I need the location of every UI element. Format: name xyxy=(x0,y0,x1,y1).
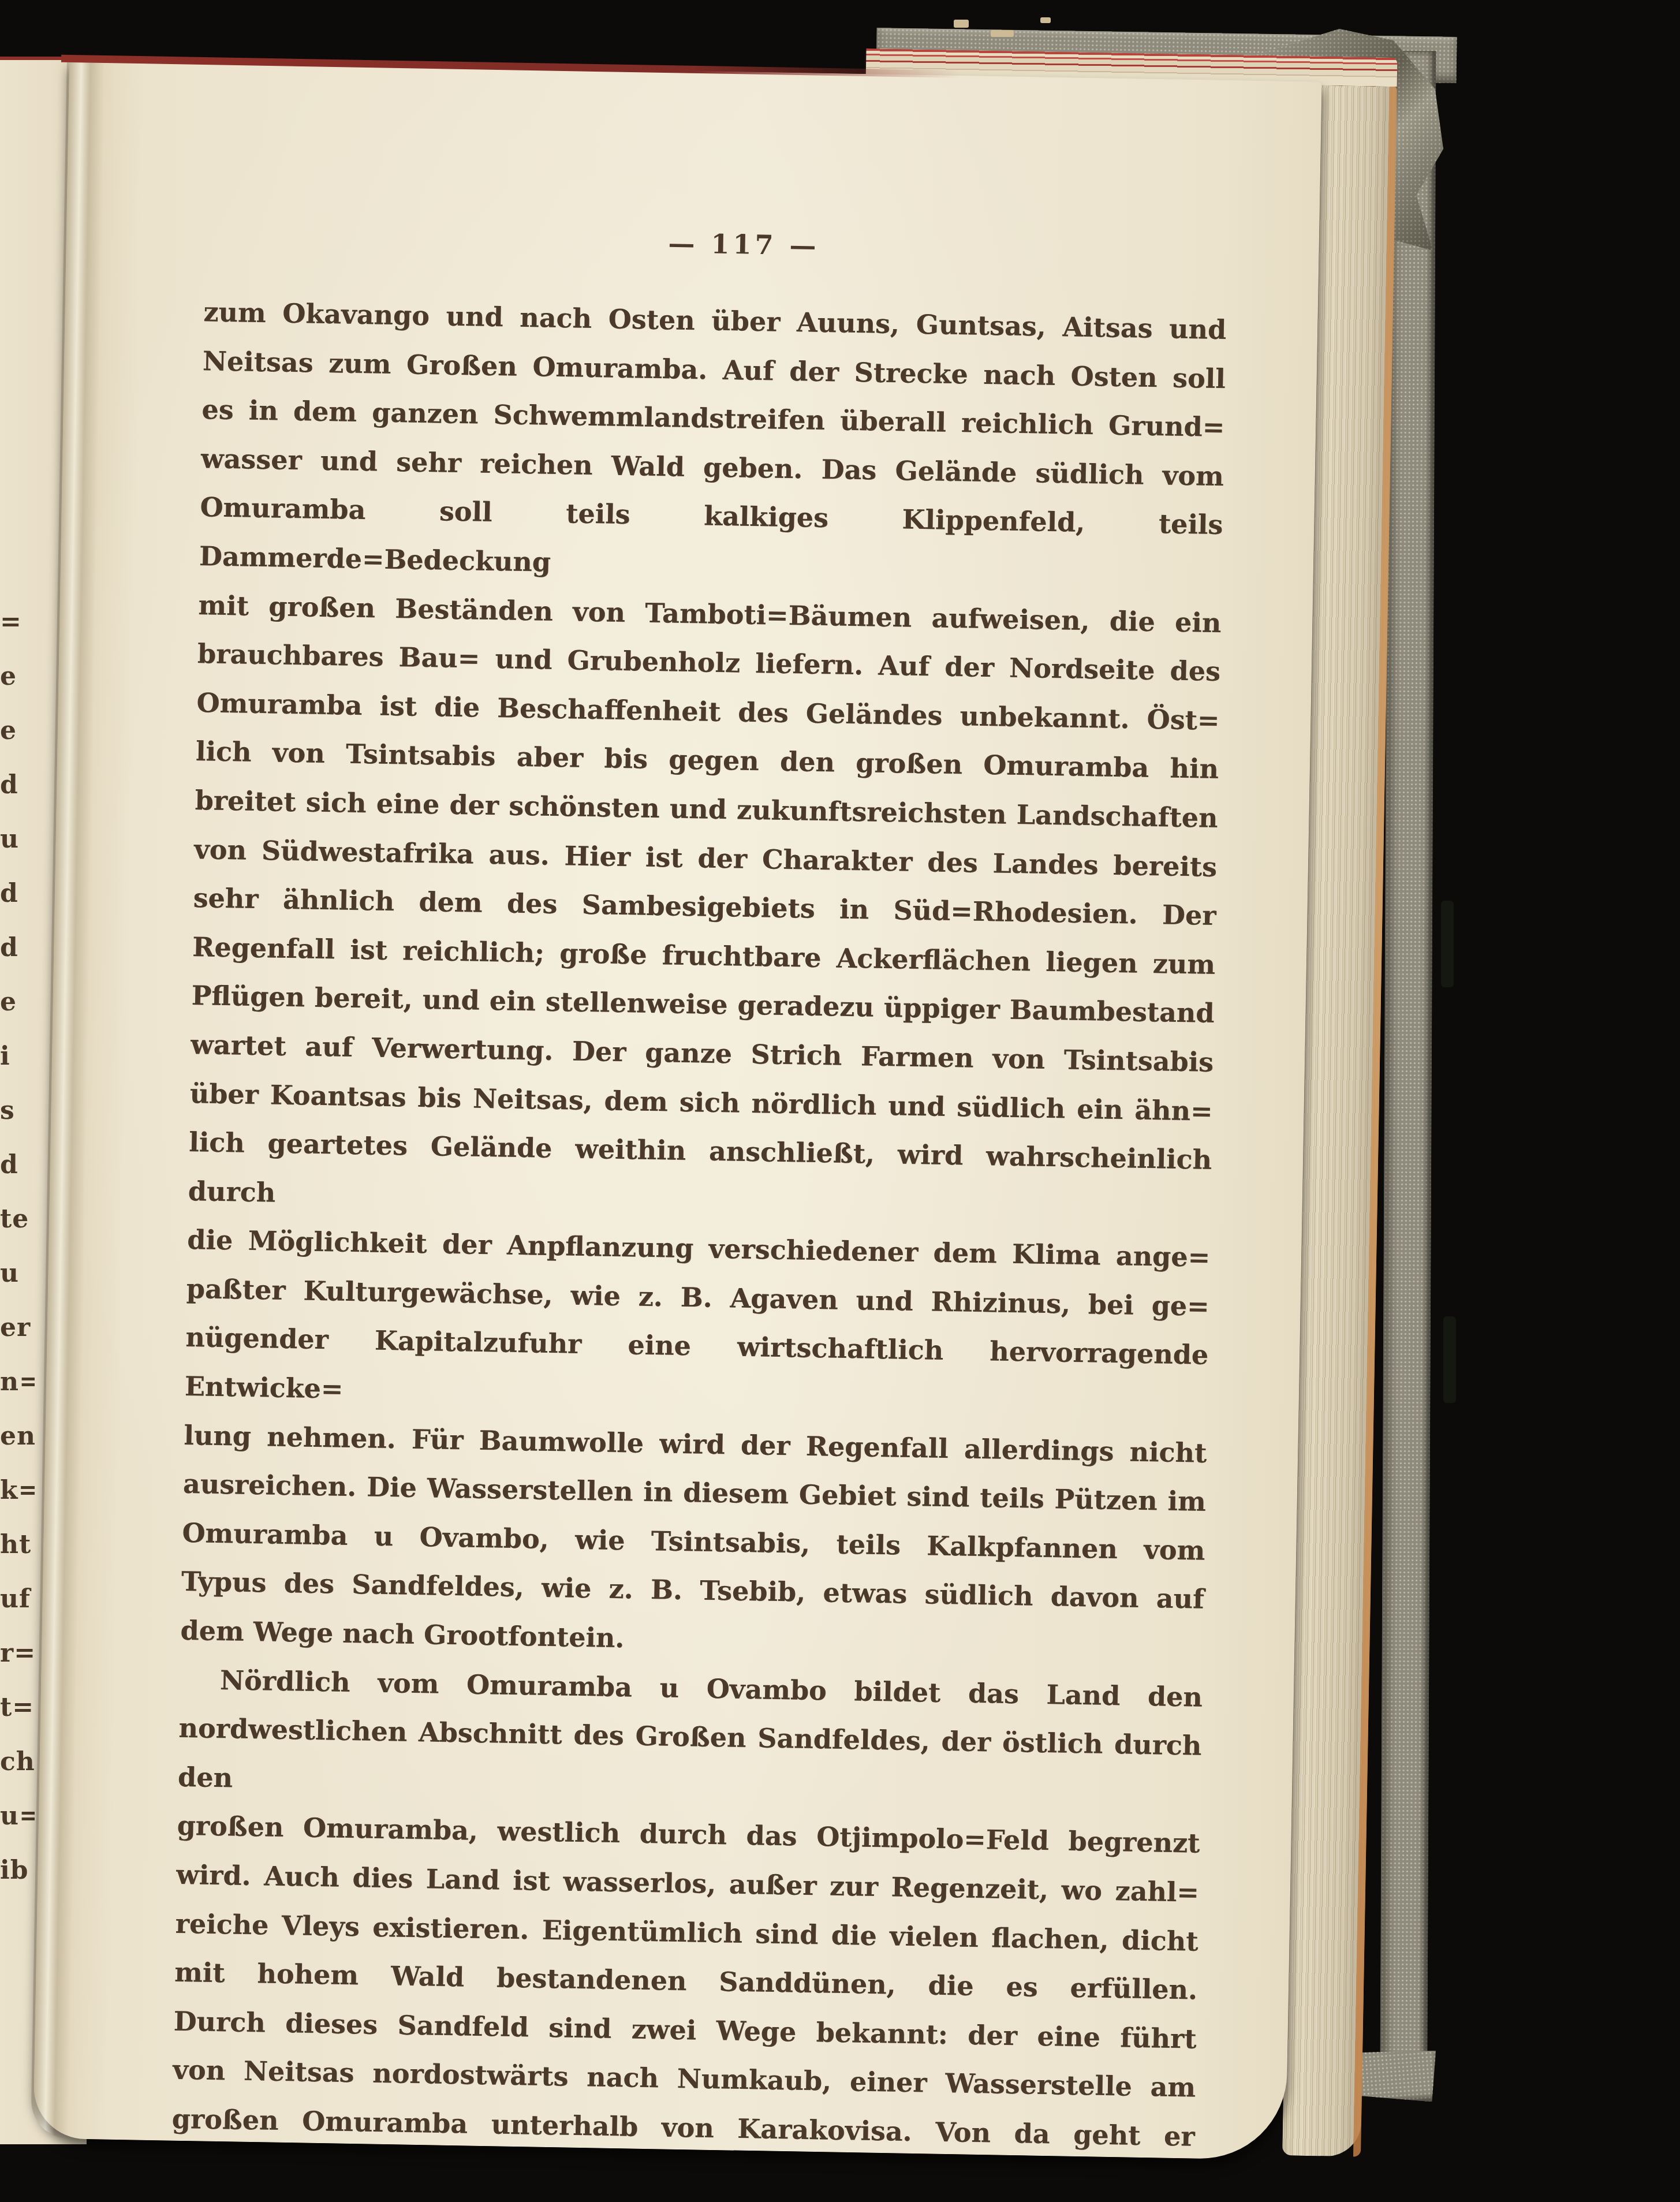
facing-page-line-fragment: d xyxy=(0,933,35,962)
page-text: zum Okavango und nach Osten über Auuns, … xyxy=(171,288,1227,2161)
facing-page-line-fragment: s xyxy=(0,1096,35,1125)
facing-page-line-fragment: r= xyxy=(0,1639,35,1668)
facing-page-line-fragment: er xyxy=(0,1313,35,1342)
facing-page-line-fragment: = xyxy=(0,607,35,637)
facing-page-line-fragment: k= xyxy=(0,1476,35,1505)
facing-page-line-fragment: u xyxy=(0,824,35,854)
facing-page-line-fragment: d xyxy=(0,770,35,800)
facing-page-line-fragment: u= xyxy=(0,1801,35,1831)
binding-stitch-mark xyxy=(1441,901,1454,987)
text-line: Omuramba soll teils kalkiges Klippenfeld… xyxy=(199,483,1223,598)
paper-crumb xyxy=(1040,17,1051,23)
facing-page-line-fragment: ht xyxy=(0,1530,35,1559)
paragraph-2: Nördlich vom Omuramba u Ovambo bildet da… xyxy=(171,1655,1203,2161)
facing-page-line-fragment: ib xyxy=(0,1856,35,1885)
facing-page-line-fragment: uf xyxy=(0,1584,35,1614)
facing-page-line-fragment: e xyxy=(0,987,35,1017)
text-line: lich geartetes Gelände weithin anschließ… xyxy=(188,1118,1212,1233)
facing-page-line-fragment: d xyxy=(0,879,35,908)
facing-page-line-fragment: t= xyxy=(0,1693,35,1722)
facing-page-line-fragment: e xyxy=(0,662,35,691)
facing-page-line-fragment: n= xyxy=(0,1367,35,1397)
facing-page-line-fragment: ch xyxy=(0,1747,35,1776)
facing-page-line-fragment: d xyxy=(0,1150,35,1180)
facing-page-line-fragment: i xyxy=(0,1042,35,1071)
text-line: nügender Kapitalzufuhr eine wirtschaftli… xyxy=(184,1313,1209,1428)
paragraph-1: zum Okavango und nach Osten über Auuns, … xyxy=(180,288,1227,1673)
paper-crumb xyxy=(954,20,969,28)
facing-page-line-fragment: u xyxy=(0,1259,35,1288)
facing-page-line-fragment: e xyxy=(0,716,35,745)
text-line: nordwestlichen Abschnitt des Großen Sand… xyxy=(177,1704,1202,1819)
binding-stitch-mark xyxy=(1443,1316,1456,1403)
scanned-book-photo: =eeduddeisdteuern=enk=htufr=t=chu=ib — 1… xyxy=(0,0,1680,2202)
facing-page-line-fragment: te xyxy=(0,1204,35,1234)
paper-crumb xyxy=(991,30,1014,37)
facing-page-line-fragment: en xyxy=(0,1421,35,1451)
book-page-block: — 117 — zum Okavango und nach Osten über… xyxy=(33,60,1321,2160)
